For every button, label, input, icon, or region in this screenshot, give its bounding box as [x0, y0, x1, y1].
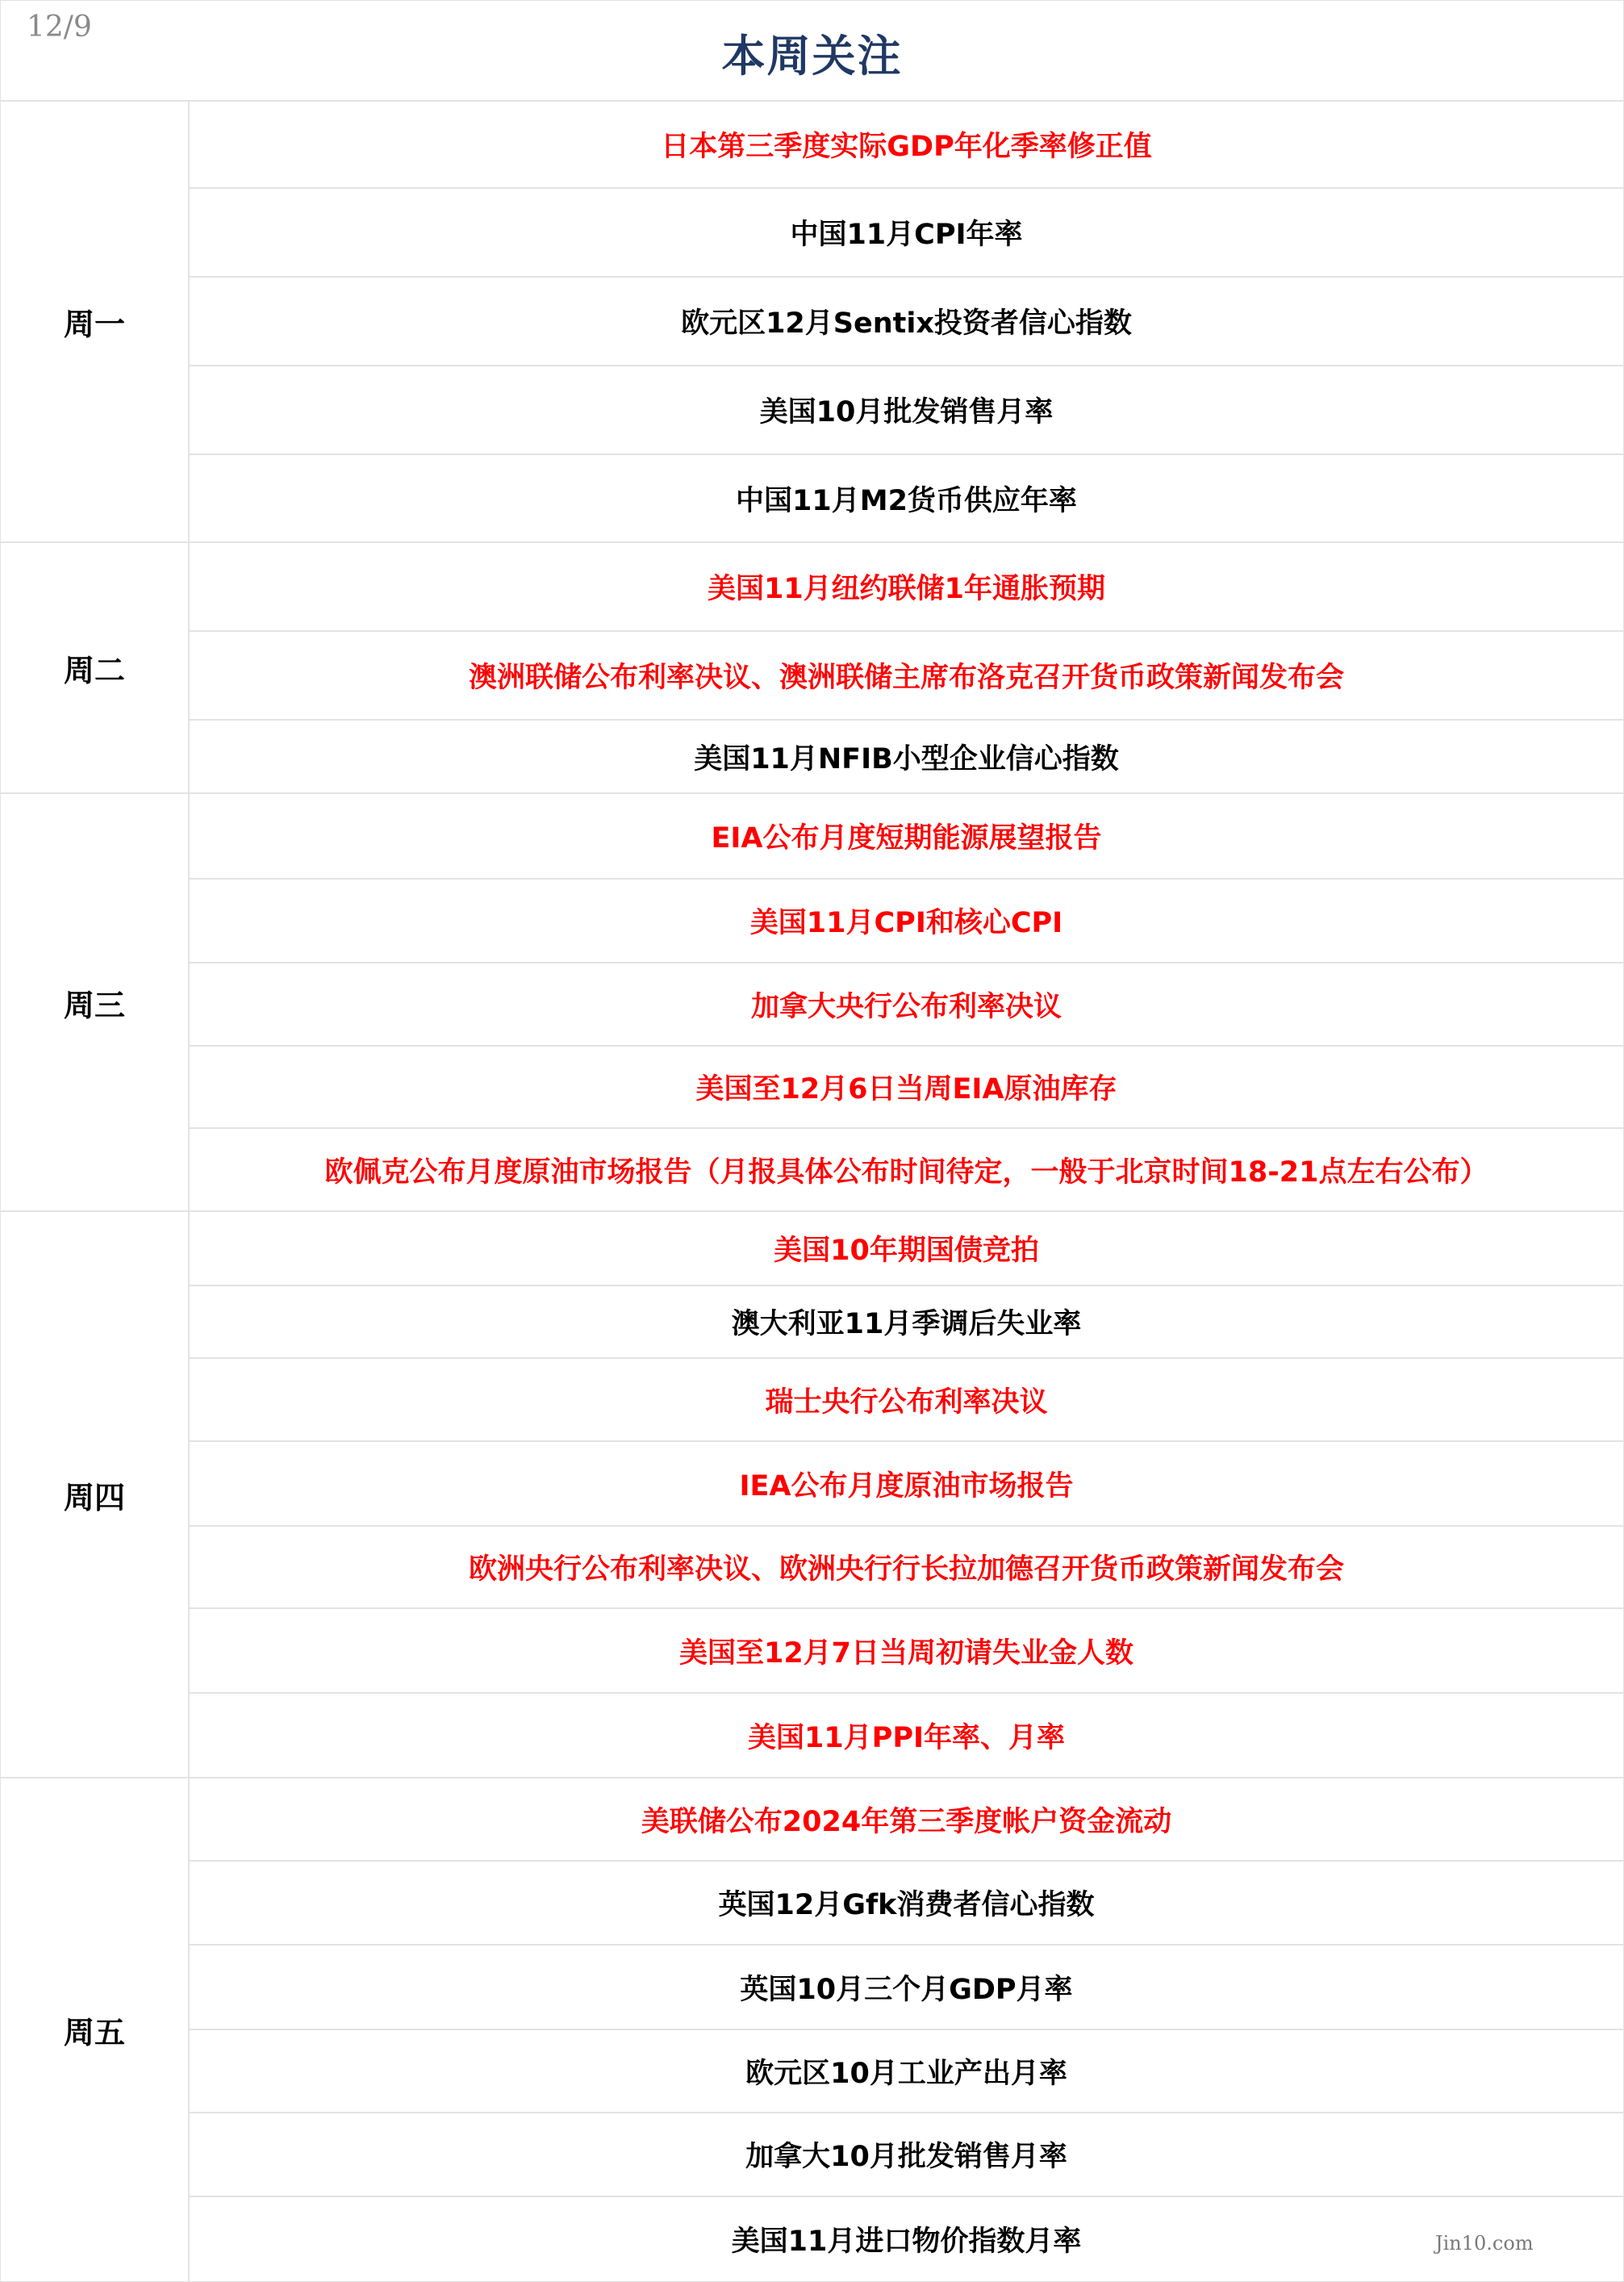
- event-row: 美国11月PPI年率、月率: [190, 1694, 1623, 1777]
- event-row: 美国11月CPI和核心CPI: [190, 880, 1623, 963]
- day-group-monday: 周一 日本第三季度实际GDP年化季率修正值 中国11月CPI年率 欧元区12月S…: [1, 101, 1623, 543]
- event-row: 美国11月纽约联储1年通胀预期: [190, 543, 1623, 632]
- day-label: 周五: [1, 1778, 190, 2281]
- day-group-wednesday: 周三 EIA公布月度短期能源展望报告 美国11月CPI和核心CPI 加拿大央行公…: [1, 794, 1623, 1212]
- event-row: 美国10年期国债竞拍: [190, 1212, 1623, 1286]
- event-row: 澳洲联储公布利率决议、澳洲联储主席布洛克召开货币政策新闻发布会: [190, 632, 1623, 721]
- event-row: 加拿大10月批发销售月率: [190, 2113, 1623, 2197]
- event-row: 加拿大央行公布利率决议: [190, 963, 1623, 1047]
- event-row: 美国至12月6日当周EIA原油库存: [190, 1047, 1623, 1129]
- day-label: 周三: [1, 794, 190, 1210]
- day-label: 周四: [1, 1212, 190, 1777]
- event-row: EIA公布月度短期能源展望报告: [190, 794, 1623, 880]
- event-row: 欧洲央行公布利率决议、欧洲央行行长拉加德召开货币政策新闻发布会: [190, 1527, 1623, 1609]
- event-row: IEA公布月度原油市场报告: [190, 1442, 1623, 1527]
- weekly-calendar-page: 12/9 本周关注 周一 日本第三季度实际GDP年化季率修正值 中国11月CPI…: [0, 0, 1624, 2282]
- event-row: 澳大利亚11月季调后失业率: [190, 1286, 1623, 1359]
- event-row: 中国11月CPI年率: [190, 189, 1623, 278]
- event-row: 英国12月Gfk消费者信心指数: [190, 1862, 1623, 1946]
- day-group-friday: 周五 美联储公布2024年第三季度帐户资金流动 英国12月Gfk消费者信心指数 …: [1, 1778, 1623, 2281]
- day-group-tuesday: 周二 美国11月纽约联储1年通胀预期 澳洲联储公布利率决议、澳洲联储主席布洛克召…: [1, 543, 1623, 794]
- day-label: 周一: [1, 101, 190, 541]
- watermark: Jin10.com: [1435, 2232, 1534, 2255]
- day-label: 周二: [1, 543, 190, 792]
- event-row: 欧元区12月Sentix投资者信心指数: [190, 278, 1623, 366]
- event-row: 美国11月NFIB小型企业信心指数: [190, 721, 1623, 792]
- event-row: 美国11月进口物价指数月率: [190, 2197, 1623, 2281]
- event-row: 美国至12月7日当周初请失业金人数: [190, 1609, 1623, 1694]
- event-row: 日本第三季度实际GDP年化季率修正值: [190, 101, 1623, 189]
- event-row: 美国10月批发销售月率: [190, 366, 1623, 455]
- page-title: 本周关注: [1, 22, 1623, 84]
- header: 12/9 本周关注: [1, 1, 1623, 102]
- event-row: 中国11月M2货币供应年率: [190, 455, 1623, 541]
- event-row: 美联储公布2024年第三季度帐户资金流动: [190, 1778, 1623, 1862]
- event-row: 英国10月三个月GDP月率: [190, 1946, 1623, 2030]
- event-row: 欧佩克公布月度原油市场报告（月报具体公布时间待定，一般于北京时间18-21点左右…: [190, 1129, 1623, 1210]
- day-group-thursday: 周四 美国10年期国债竞拍 澳大利亚11月季调后失业率 瑞士央行公布利率决议 I…: [1, 1212, 1623, 1778]
- event-row: 瑞士央行公布利率决议: [190, 1359, 1623, 1442]
- event-row: 欧元区10月工业产出月率: [190, 2030, 1623, 2113]
